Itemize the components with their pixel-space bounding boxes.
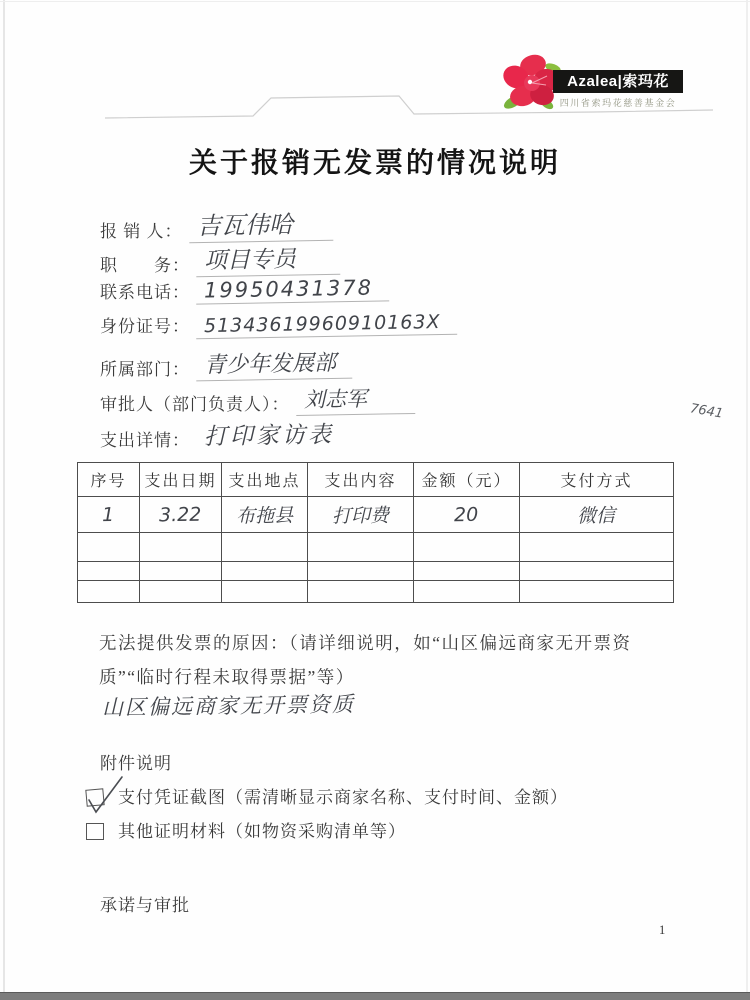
row1-content: 打印费 [332,501,389,529]
expense-detail-label: 支出详情： [100,426,190,451]
col-header-index: 序号 [78,463,140,497]
approver-signature-handwritten: 刘志军 [295,382,415,416]
no-invoice-reason-block: 无法提供发票的原因：（请详细说明，如“山区偏远商家无开票资 质”“临时行程未取得… [99,626,674,694]
logo-subtitle: 四川省索玛花慈善基金会 [549,96,687,109]
field-row-expense-detail: 支出详情： 打印家访表 [100,417,350,451]
field-row-phone: 联系电话： 19950431378 [100,277,389,303]
row1-index: 1 [102,503,114,525]
table-row [78,533,674,562]
attachment-item-other-materials: 其他证明材料（如物资采购清单等） [86,820,406,844]
col-header-content: 支出内容 [308,463,414,497]
table-row [78,581,674,603]
id-number-label: 身份证号： [100,312,190,337]
checkbox-checked [86,789,104,807]
attachment-label: 支付凭证截图（需清晰显示商家名称、支付时间、金额） [118,786,568,810]
row1-method: 微信 [577,501,615,529]
field-row-position: 职 务： 项目专员 [100,241,340,276]
attachment-label: 其他证明材料（如物资采购清单等） [118,820,406,844]
attachment-item-payment-screenshot: 支付凭证截图（需清晰显示商家名称、支付时间、金额） [86,786,568,810]
phone-label: 联系电话： [100,278,190,303]
margin-scribble: 7641 [689,401,724,422]
checkbox-unchecked [86,823,104,841]
checkbox-icon [85,788,104,807]
expense-table: 序号 支出日期 支出地点 支出内容 金额（元） 支付方式 1 3.22 布拖县 … [77,462,674,603]
organization-logo: Azalea|索玛花 四川省索玛花慈善基金会 [495,50,710,116]
expense-table-header-row: 序号 支出日期 支出地点 支出内容 金额（元） 支付方式 [78,463,674,497]
field-row-approver: 审批人（部门负责人）： 刘志军 [100,383,415,415]
payee-label: 报 销 人： [100,217,183,242]
scanned-document-page: Azalea|索玛花 四川省索玛花慈善基金会 关于报销无发票的情况说明 报 销 … [0,0,750,1000]
approver-label: 审批人（部门负责人）： [100,390,290,415]
attachments-heading: 附件说明 [100,749,172,774]
department-label: 所属部门： [100,355,190,380]
reason-prompt-line1: 无法提供发票的原因：（请详细说明，如“山区偏远商家无开票资 [99,626,674,660]
expense-detail-value-handwritten: 打印家访表 [196,416,351,453]
page-number: 1 [659,923,665,938]
reason-answer-handwritten: 山区偏远商家无开票资质 [102,688,355,722]
phone-value-handwritten: 19950431378 [196,275,389,304]
scan-edge-top [0,1,750,2]
field-row-payee: 报 销 人： 吉瓦伟哈 [100,205,333,242]
scan-bottom-edge [0,992,750,1000]
col-header-place: 支出地点 [222,463,308,497]
row1-date: 3.22 [159,503,202,526]
payee-value-handwritten: 吉瓦伟哈 [188,204,333,244]
table-row [78,562,674,581]
id-number-value-handwritten: 51343619960910163X [196,311,457,340]
row1-amount: 20 [454,503,479,525]
document-title: 关于报销无发票的情况说明 [0,141,750,181]
field-row-department: 所属部门： 青少年发展部 [100,347,352,380]
col-header-amount: 金额（元） [414,463,520,497]
logo-brand-text: Azalea|索玛花 [553,70,683,93]
field-row-id-number: 身份证号： 51343619960910163X [100,312,457,337]
table-row: 1 3.22 布拖县 打印费 20 微信 [78,497,674,533]
department-value-handwritten: 青少年发展部 [196,346,353,382]
col-header-date: 支出日期 [140,463,222,497]
row1-place: 布拖县 [236,501,293,529]
col-header-method: 支付方式 [520,463,674,497]
checkbox-icon [86,823,104,840]
position-value-handwritten: 项目专员 [196,240,341,278]
reason-prompt-line2: 质”“临时行程未取得票据”等） [99,660,674,694]
position-label: 职 务： [100,251,190,276]
commitment-approval-heading: 承诺与审批 [100,891,190,916]
